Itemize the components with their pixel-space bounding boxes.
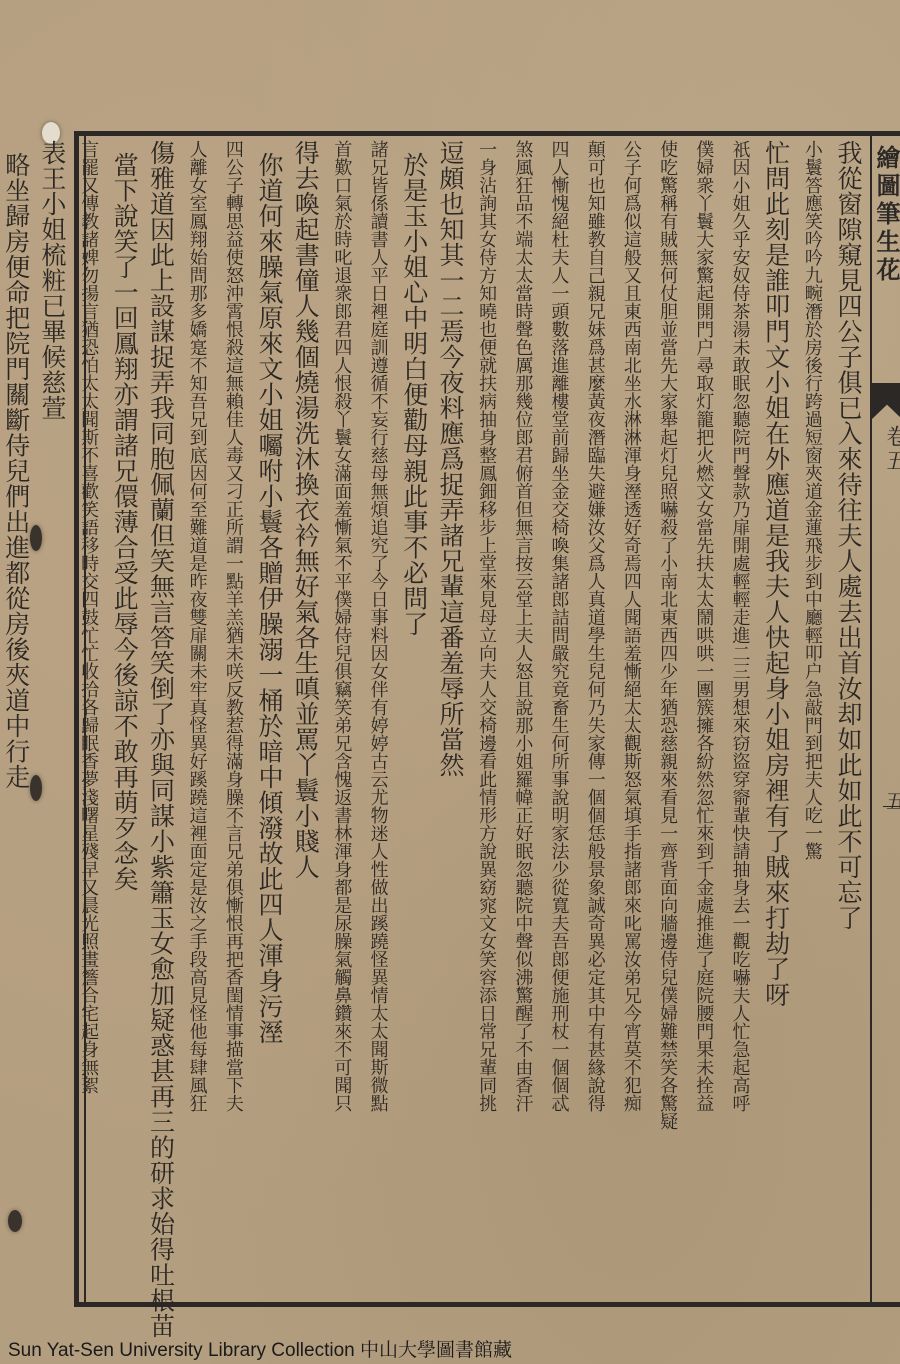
text-column: 四人慚愧絕杜夫人一頭數落進離樓堂前歸坐金交椅喚集諸郎詰問嚴究竟畜生何所事說明家法… xyxy=(540,140,576,1300)
vertical-text-body: 我從窗隙窺見四公子俱已入來待往夫人處去出首汝却如此如此不可忘了 小鬟答應笑吟吟九… xyxy=(86,140,866,1300)
text-column: 言罷又傳教諸婢勿揚言猶恐怕太太聞斯不喜歡笑語移時交四鼓忙忙收拾各歸眠香夢淺曙星殘… xyxy=(70,140,106,1300)
text-column: 忙問此刻是誰叩門文小姐在外應道是我夫人快起身小姐房裡有了賊來打劫了呀 xyxy=(757,140,793,1300)
text-column: 諸兄皆係讀書人平日裡庭訓遵循不妄行慈母無煩追究了今日事料因女伴有婷婷古云尤物迷人… xyxy=(359,140,395,1300)
text-column: 逗頗也知其一二焉今夜料應爲捉弄諸兄輩這番羞辱所當然 xyxy=(432,140,468,1300)
text-column: 傷雅道因此上設謀捉弄我同胞佩蘭但笑無言答笑倒了亦與同謀小紫簫玉女愈加疑惑甚再三的… xyxy=(142,140,178,1300)
text-column: 四公子轉思益使怒沖霄恨殺這無賴佳人毒又刁正所謂一點羊羔猶未咲反教惹得滿身臊不言兄… xyxy=(215,140,251,1300)
page-number: 五 xyxy=(886,785,900,814)
text-column: 當下說笑了一回鳳翔亦謂諸兄儇薄合受此辱今後諒不敢再萌歹念矣 xyxy=(106,140,142,1300)
text-column: 略坐歸房便命把院門關斷侍兒們出進都從房後夾道中行走 xyxy=(0,140,34,1300)
text-column: 一身沾詢其女侍方知曉也便就扶病抽身整鳳鈿移步上堂來見母立向夫人交椅邊看此情形方說… xyxy=(468,140,504,1300)
book-title: 繪圖筆生花 xyxy=(876,145,900,285)
text-column: 得去喚起書僮人幾個燒湯洗沐換衣衿無好氣各生嗔並罵丫鬟小賤人 xyxy=(287,140,323,1300)
center-margin-strip xyxy=(870,131,900,1307)
text-column: 公子何爲似這般又且東西南北坐水淋淋渾身溼透好奇焉四人聞語羞慚絕太太觀斯怒氣填手指… xyxy=(613,140,649,1300)
text-column: 僕婦衆丫鬟大家驚起開門户尋取灯籠把火燃文女當先扶太太鬧哄哄一團簇擁各紛然忽忙來到… xyxy=(685,140,721,1300)
text-column: 祇因小姐久乎安奴侍茶湯未敢眠忽聽院門聲款乃扉開處輕輕走進二三男想來窃盜穿窬輩快請… xyxy=(721,140,757,1300)
folio-divider xyxy=(883,806,900,807)
volume-label: 卷五 xyxy=(880,425,900,473)
text-column: 首歎口氣於時叱退衆郎君四人恨殺丫鬟女滿面羞慚氣不平僕婦侍兒俱竊笑弟兄含愧返書林渾… xyxy=(323,140,359,1300)
text-column: 你道何來臊氣原來文小姐囑咐小鬟各贈伊臊溺一桶於暗中傾潑故此四人渾身污溼 xyxy=(251,140,287,1300)
text-column: 人離女室鳳翔始問那多嬌寔不知吾兄到底因何至難道是昨夜雙扉關未牢真怪異好蹊蹺這裡面… xyxy=(178,140,214,1300)
text-column: 表王小姐梳粧已畢候慈萱 xyxy=(34,140,70,1300)
text-column: 小鬟答應笑吟吟九畹潛於房後行跨過短窗夾道金蓮飛步到中廳輕叩户急敲門到把夫人吃一驚 xyxy=(794,140,830,1300)
library-credit: Sun Yat-Sen University Library Collectio… xyxy=(8,1335,512,1362)
text-column: 使吃驚稱有賊無何仗胆並當先大家舉起灯兒照嚇殺了小南北東西四少年猶恐慈親來看見一齊… xyxy=(649,140,685,1300)
text-column: 於是玉小姐心中明白便勸母親此事不必問了 xyxy=(396,140,432,1300)
text-column: 我從窗隙窺見四公子俱已入來待往夫人處去出首汝却如此如此不可忘了 xyxy=(830,140,866,1300)
text-column: 煞風狂品不端太太當時聲色厲那幾位郎君俯首但無言按云堂上夫人怒且說那小姐羅幃正好眠… xyxy=(504,140,540,1300)
text-column: 顛可也知雖教自己親兄妹爲甚麼黃夜潛臨失避嫌汝父爲人真道學生兒何乃失家傳一個個恁般… xyxy=(577,140,613,1300)
